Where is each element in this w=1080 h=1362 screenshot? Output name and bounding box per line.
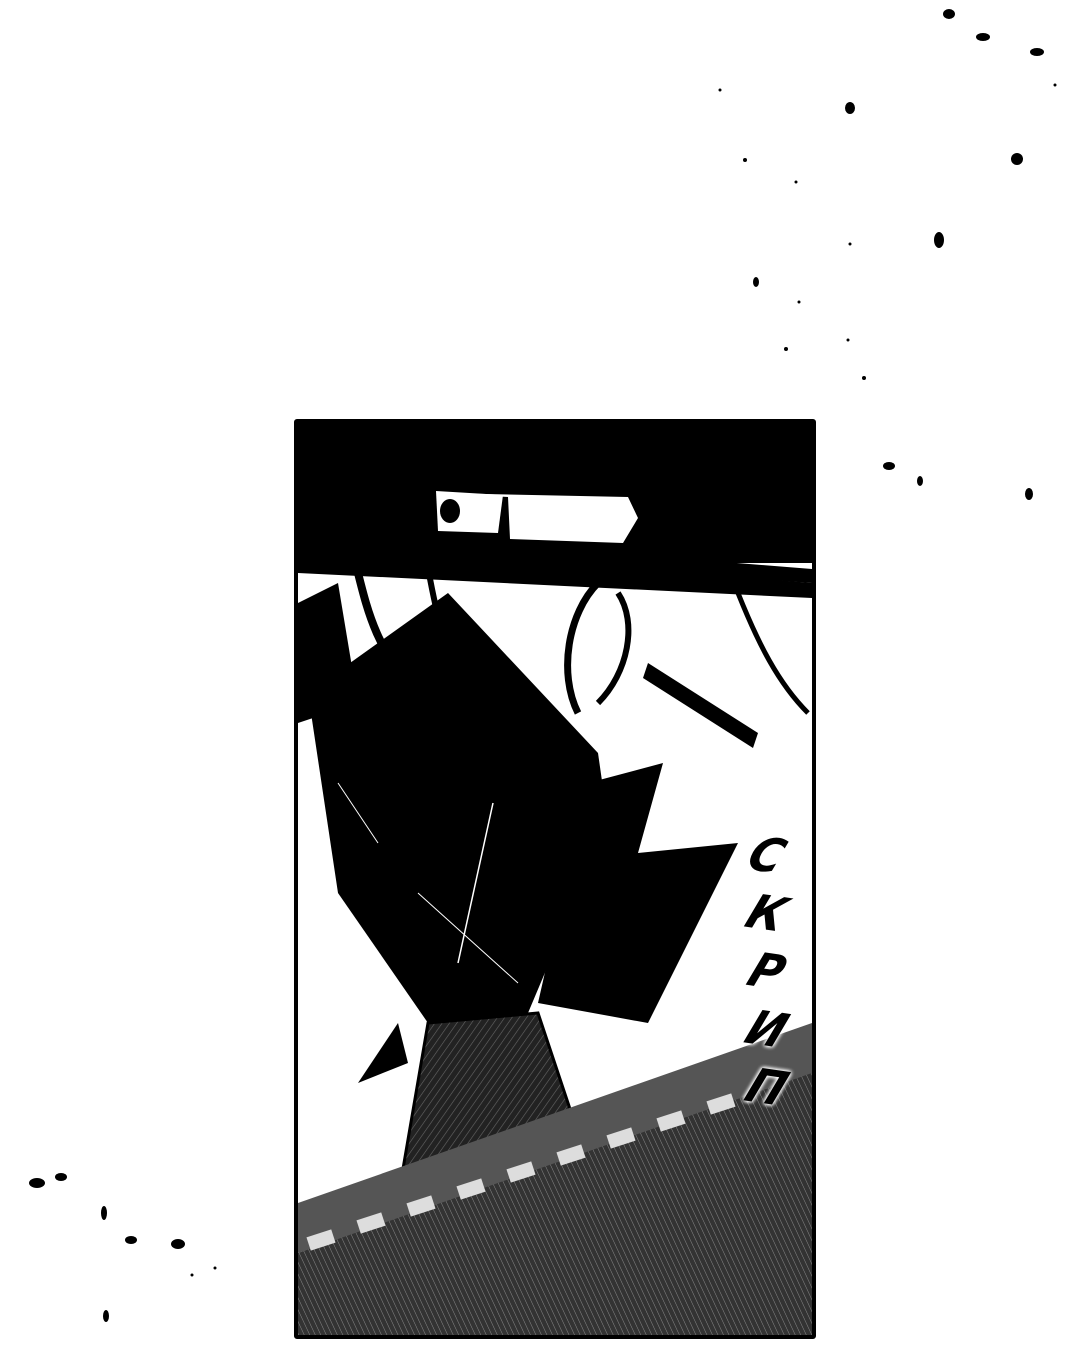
sfx-letter: С xyxy=(713,820,821,890)
sound-effect: С К Р И П xyxy=(722,826,812,1116)
sfx-letter: К xyxy=(713,878,821,948)
sfx-letter: Р xyxy=(713,936,821,1006)
manga-page: С К Р И П xyxy=(0,0,1080,1362)
sfx-letter: И xyxy=(713,994,821,1064)
sfx-letter: П xyxy=(713,1052,821,1122)
